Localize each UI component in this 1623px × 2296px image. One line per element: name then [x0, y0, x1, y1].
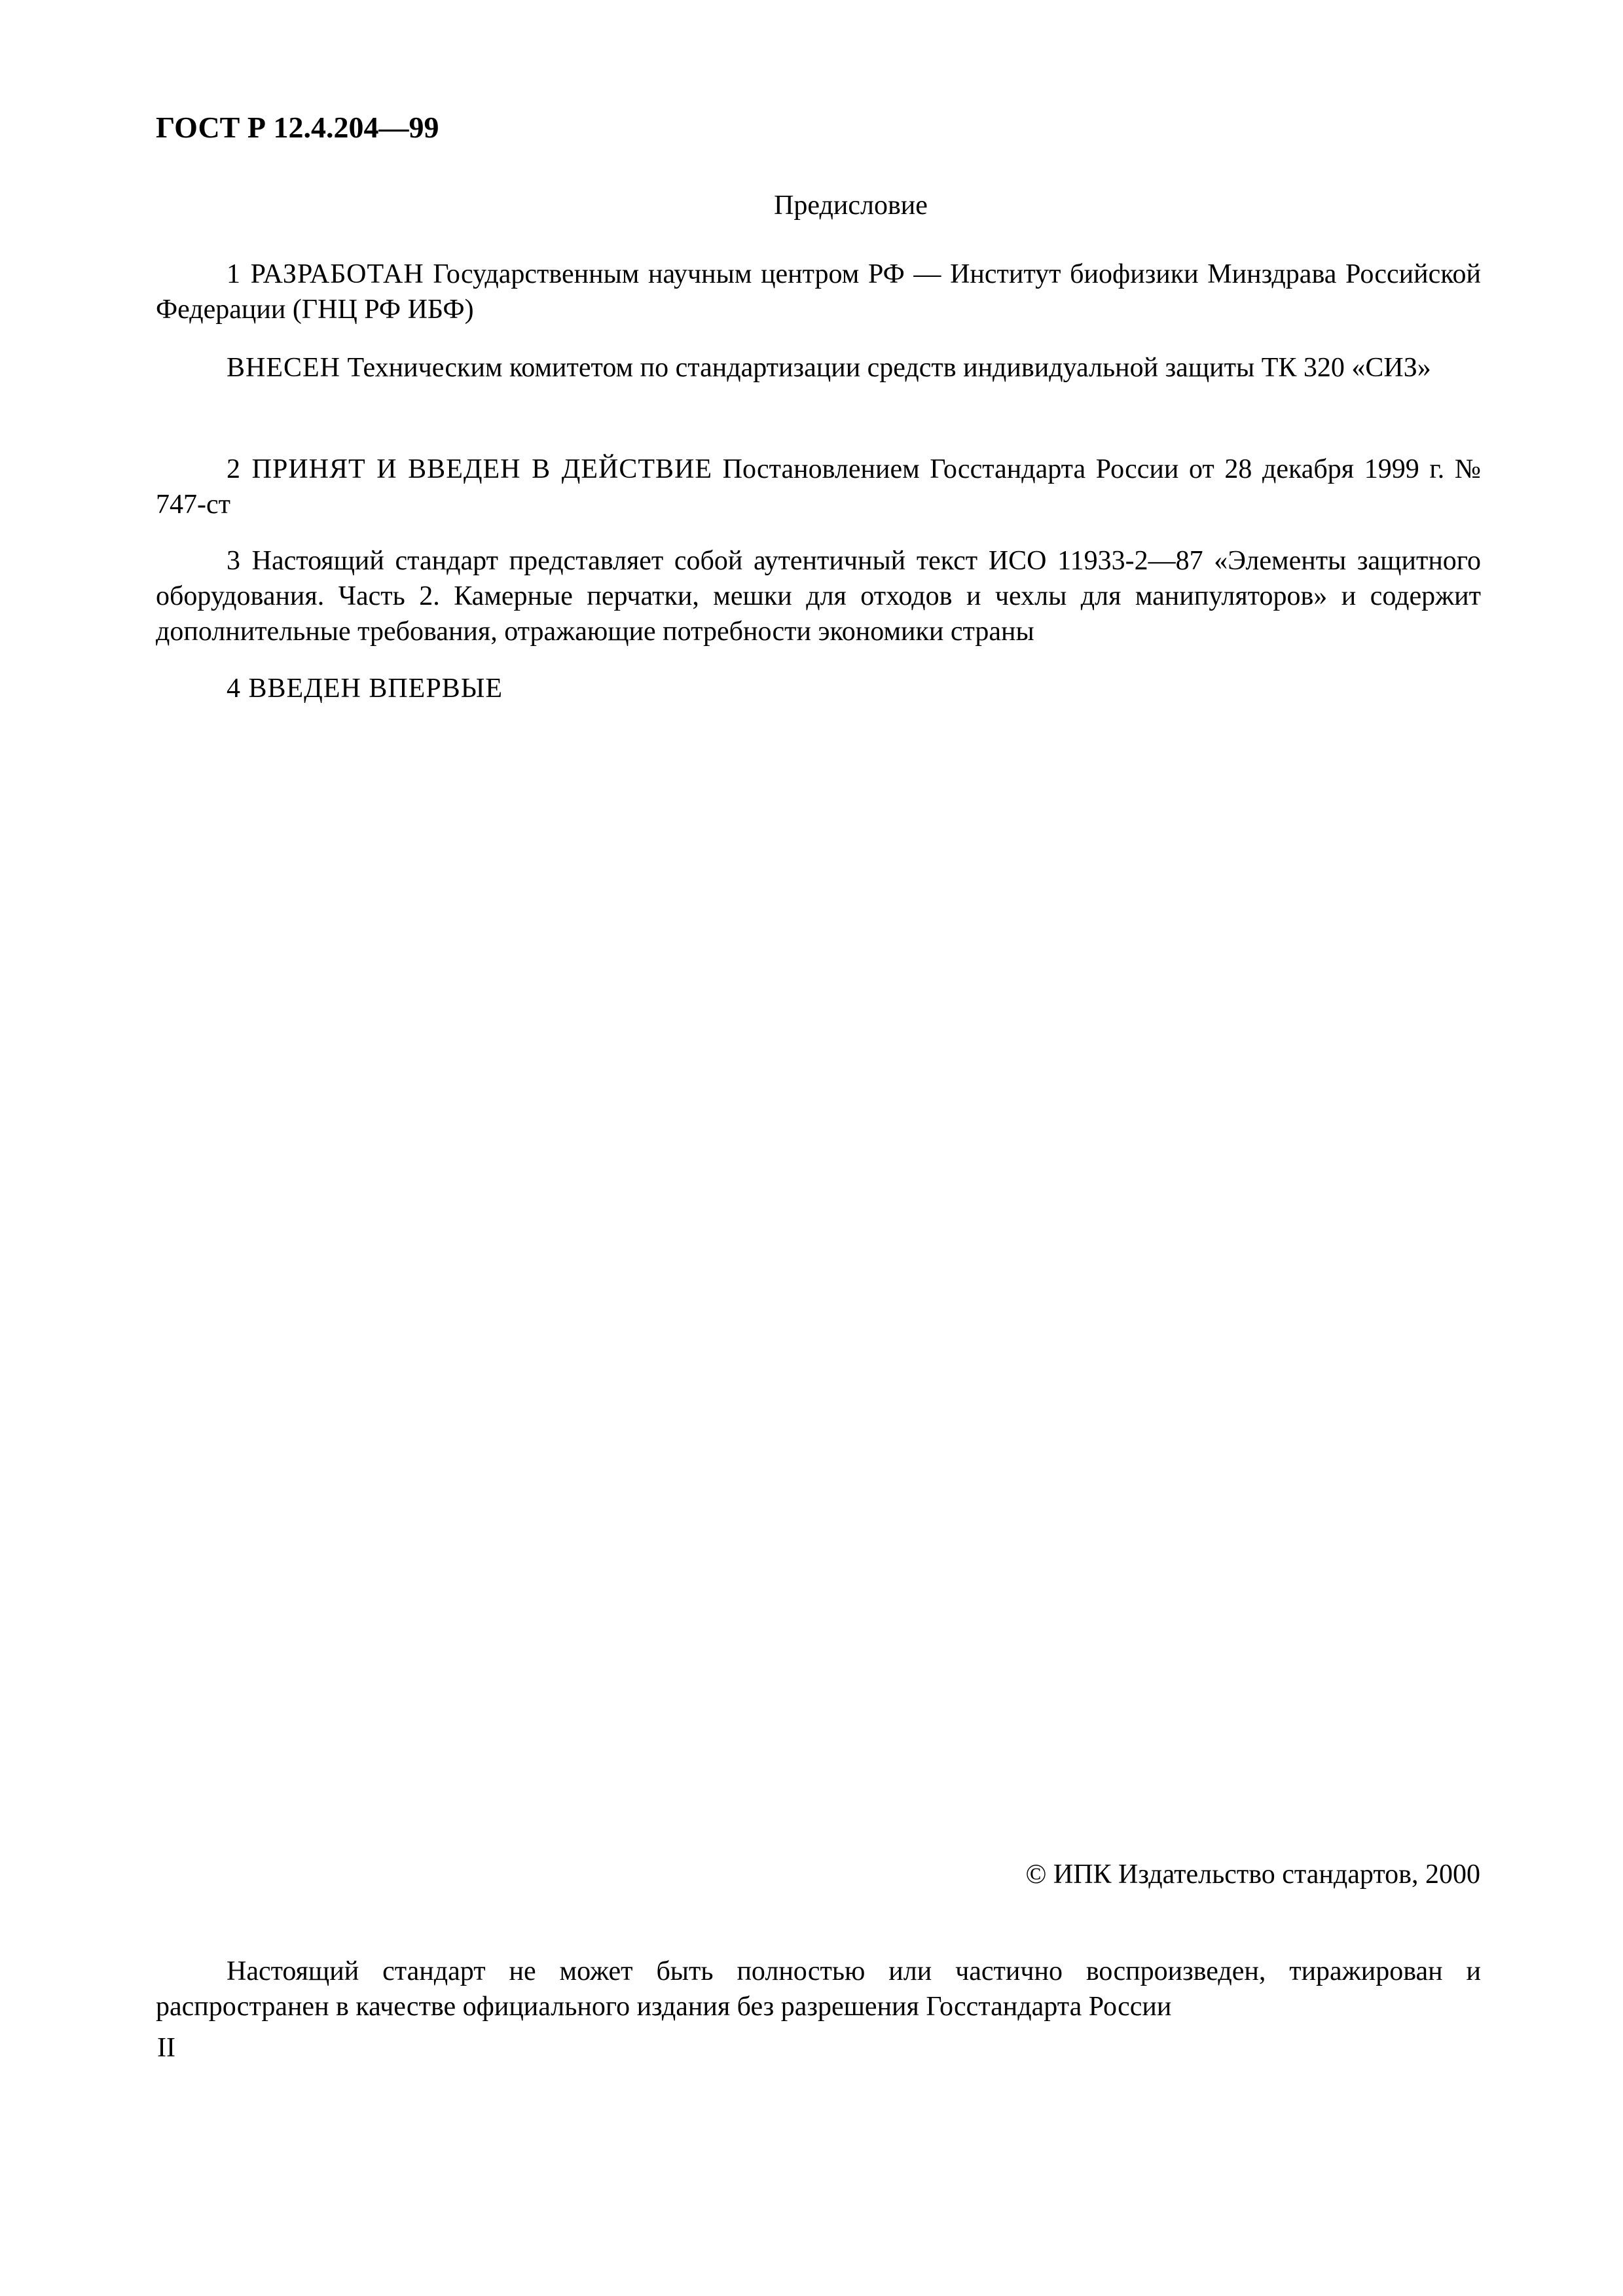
- section-title: Предисловие: [0, 190, 1623, 221]
- paragraph-label: ВНЕСЕН: [227, 353, 340, 383]
- standard-code-header: ГОСТ Р 12.4.204—99: [156, 110, 439, 145]
- paragraph-text: Техническим комитетом по стандартизации …: [340, 353, 1431, 383]
- paragraph-introduced: ВНЕСЕН Техническим комитетом по стандарт…: [156, 350, 1481, 386]
- document-page: ГОСТ Р 12.4.204—99 Предисловие 1 РАЗРАБО…: [0, 0, 1623, 2296]
- page-number: II: [157, 2032, 175, 2064]
- paragraph-label: 4 ВВЕДЕН ВПЕРВЫЕ: [227, 673, 503, 704]
- paragraph-adopted: 2 ПРИНЯТ И ВВЕДЕН В ДЕЙСТВИЕ Постановлен…: [156, 452, 1481, 522]
- paragraph-authentic-text: 3 Настоящий стандарт представляет собой …: [156, 543, 1481, 649]
- paragraph-label: 3: [227, 546, 241, 576]
- paragraph-label: 1 РАЗРАБОТАН: [227, 259, 424, 289]
- paragraph-first-introduced: 4 ВВЕДЕН ВПЕРВЫЕ: [156, 671, 1481, 706]
- paragraph-label: 2 ПРИНЯТ И ВВЕДЕН В ДЕЙСТВИЕ: [227, 454, 712, 484]
- notice-text: Настоящий стандарт не может быть полност…: [156, 1956, 1481, 2022]
- paragraph-developed: 1 РАЗРАБОТАН Государственным научным цен…: [156, 257, 1481, 327]
- paragraph-text: Настоящий стандарт представляет собой ау…: [156, 546, 1481, 647]
- copyright-notice: © ИПК Издательство стандартов, 2000: [1025, 1859, 1480, 1890]
- reproduction-notice: Настоящий стандарт не может быть полност…: [156, 1954, 1481, 2024]
